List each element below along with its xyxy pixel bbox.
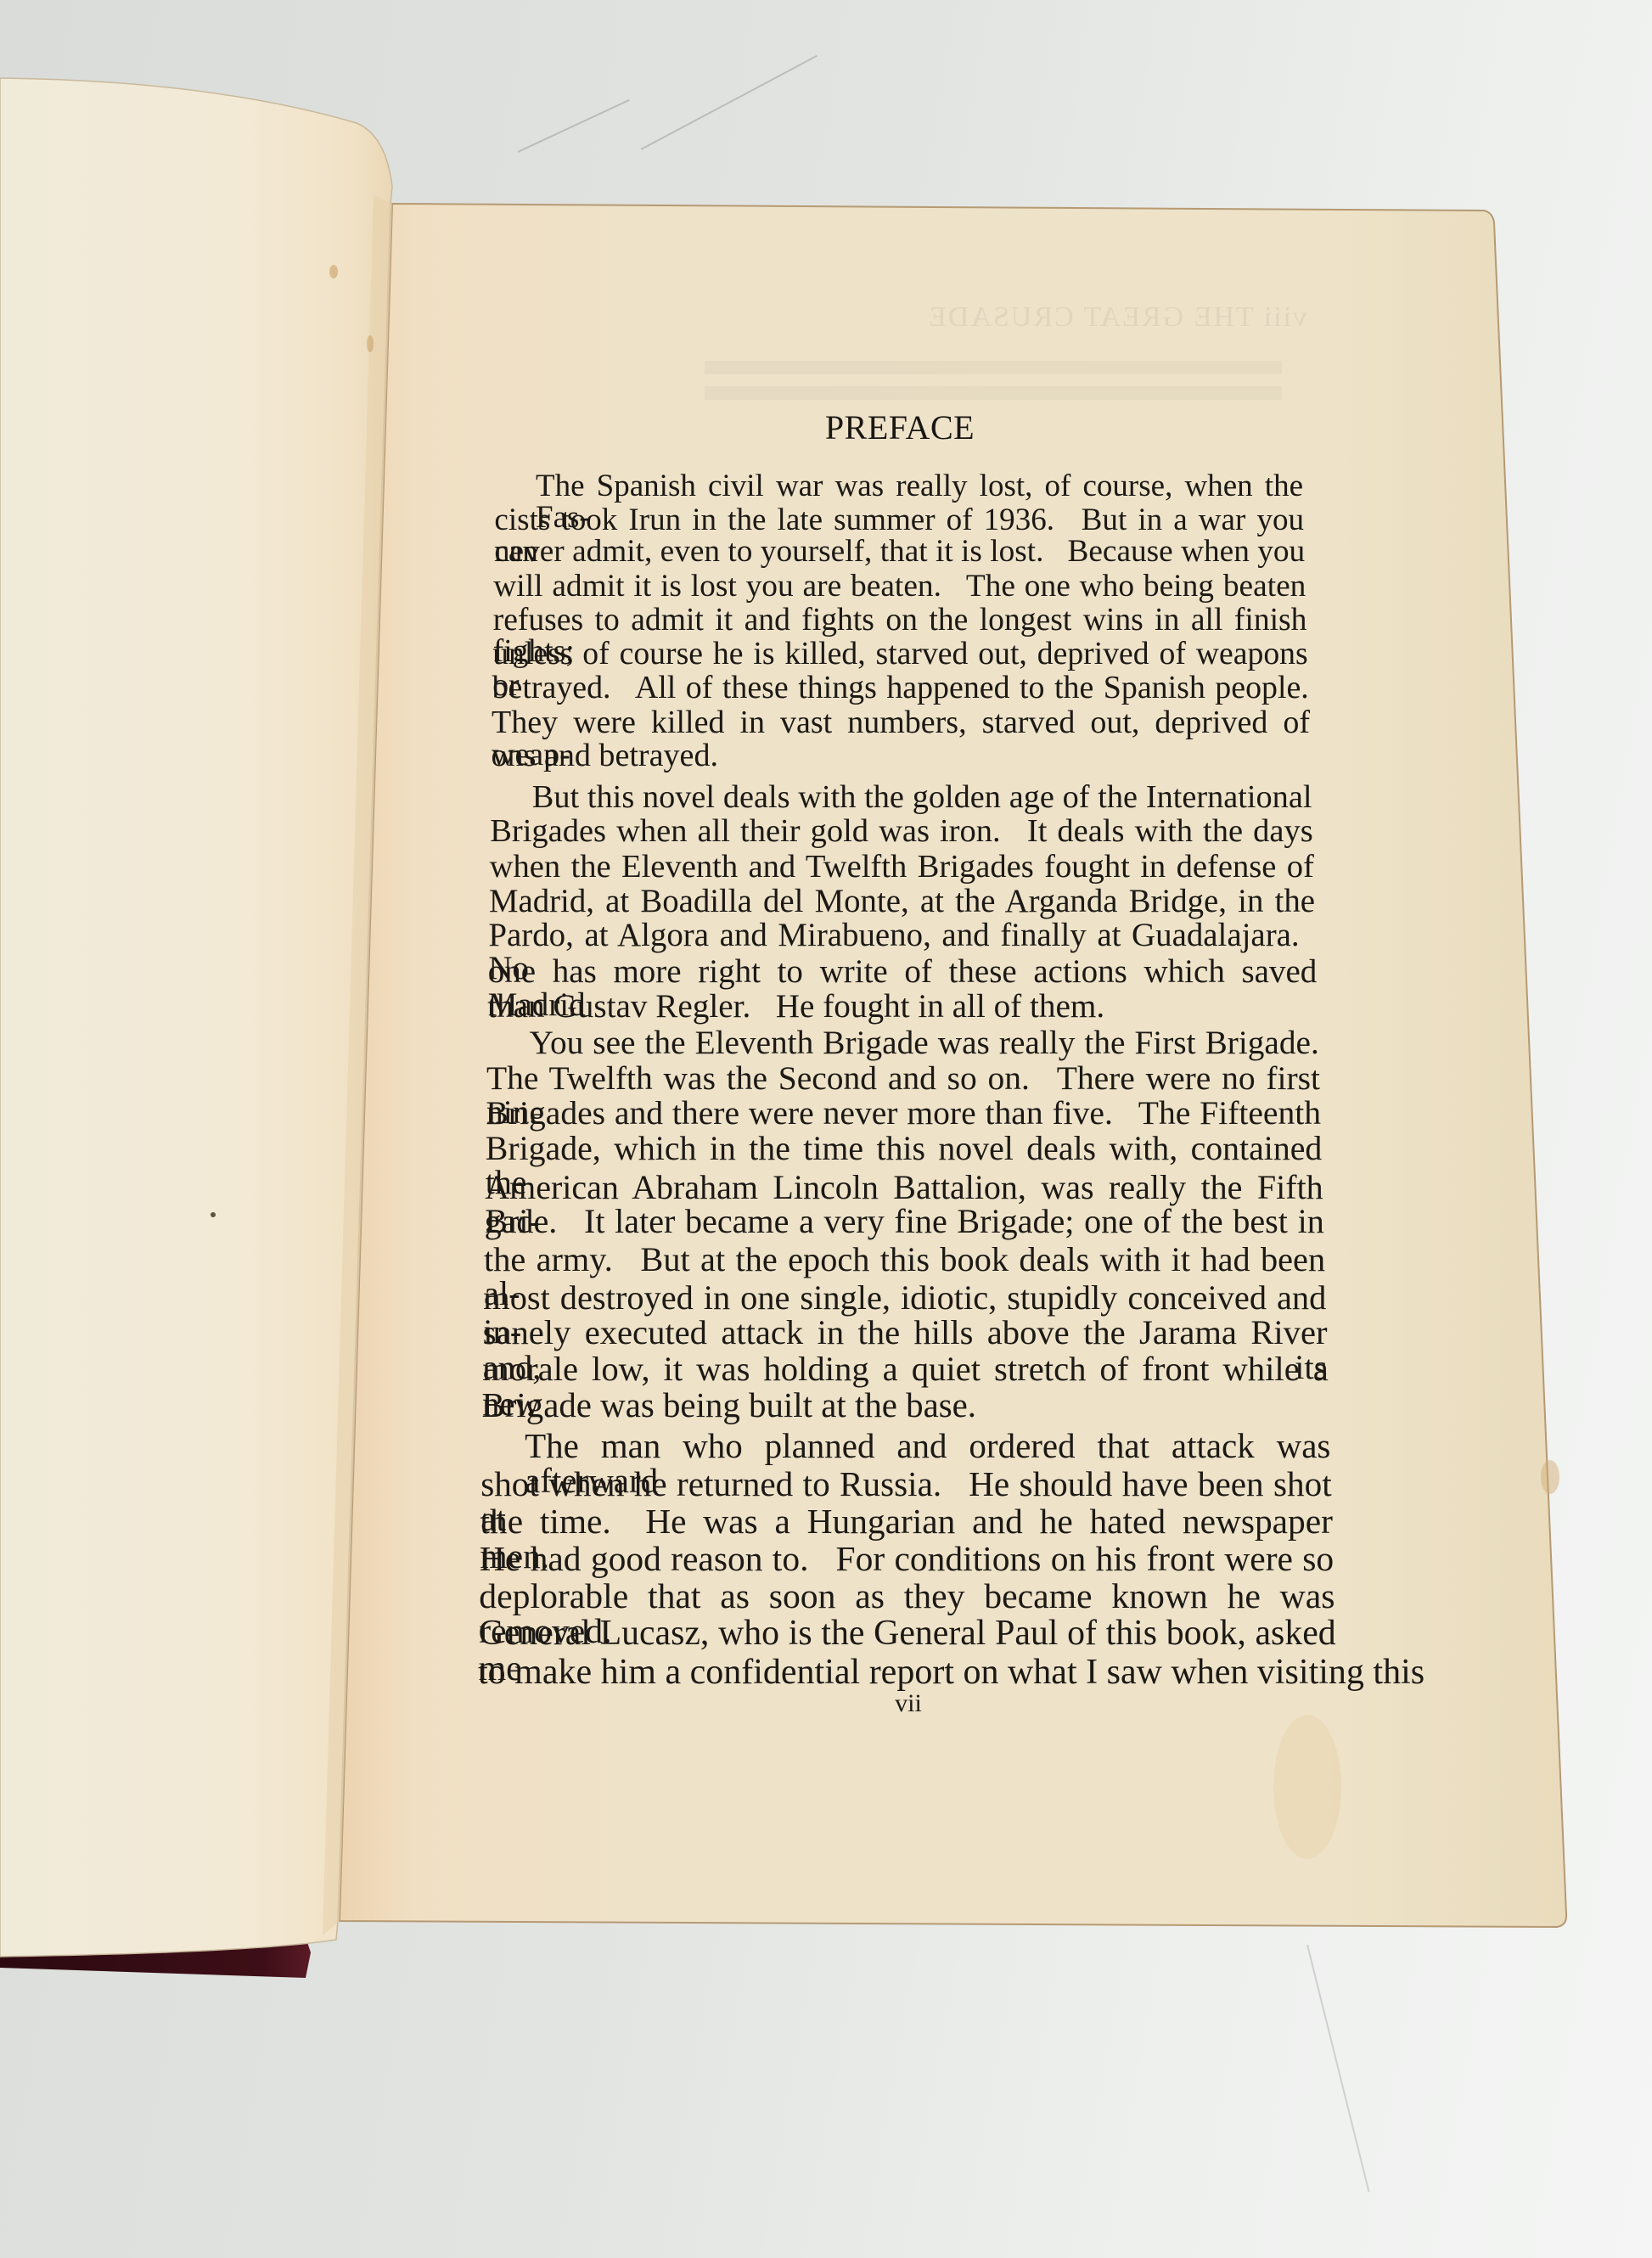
text-line: Brigades and there were never more than … [486,1097,1321,1134]
text-line: The Spanish civil war was really lost, o… [536,470,1303,505]
text-line: They were killed in vast numbers, starve… [492,706,1310,742]
text-line: The Twelfth was the Second and so on. Th… [486,1062,1320,1098]
text-line: the army. But at the epoch this book dea… [484,1243,1325,1280]
text-line: most destroyed in one single, idiotic, s… [483,1281,1326,1319]
text-line: betrayed. All of these things happened t… [492,672,1309,708]
text-line: sanely executed attack in the hills abov… [483,1316,1328,1354]
text-line: Brigade, which in the time this novel de… [486,1132,1323,1170]
text-line: one has more right to write of these act… [488,955,1318,991]
text-line: Madrid, at Boadilla del Monte, at the Ar… [489,885,1315,922]
text-line: deplorable that as soon as they became k… [479,1580,1335,1619]
text-line: gade. It later became a very fine Brigad… [485,1205,1324,1242]
text-line: Brigade was being built at the base. [482,1389,977,1424]
showthrough-line [705,361,1282,374]
paper-stain [329,265,338,278]
text-line: when the Eleventh and Twelfth Brigades f… [490,851,1314,887]
text-line: than Gustav Regler. He fought in all of … [487,990,1104,1023]
page-number: vii [883,1689,934,1718]
text-line: to make him a confidential report on wha… [478,1654,1424,1690]
text-line: Brigades when all their gold was iron. I… [490,815,1313,851]
paper-stain [367,335,374,352]
text-line: never admit, even to yourself, that it i… [494,536,1305,570]
text-line: He had good reason to. For conditions on… [480,1542,1334,1581]
text-line: the time. He was a Hungarian and he hate… [480,1504,1333,1543]
text-line: unless of course he is killed, starved o… [492,638,1308,674]
text-line: General Lucasz, who is the General Paul … [479,1616,1336,1655]
page-title: PREFACE [798,411,1002,445]
photo-scene: viii THE GREAT CRUSADE PREFACE The Spani… [0,0,1652,2258]
showthrough-line [705,386,1282,400]
text-line: The man who planned and ordered that att… [525,1429,1330,1467]
text-line: shot when he returned to Russia. He shou… [480,1467,1332,1505]
text-line: ons and betrayed. [492,739,719,772]
text-line: morale low, it was holding a quiet stret… [482,1352,1329,1390]
text-line: refuses to admit it and fights on the lo… [493,604,1307,639]
text-line: Pardo, at Algora and Mirabueno, and fina… [488,919,1316,956]
text-line: But this novel deals with the golden age… [532,781,1312,817]
text-line: will admit it is lost you are beaten. Th… [493,570,1306,605]
paper-stain [211,1212,216,1217]
paper-stain [1273,1715,1341,1859]
showthrough-running-head: viii THE GREAT CRUSADE [679,301,1307,334]
text-line: You see the Eleventh Brigade was really … [530,1026,1319,1063]
paper-stain [1541,1460,1559,1494]
